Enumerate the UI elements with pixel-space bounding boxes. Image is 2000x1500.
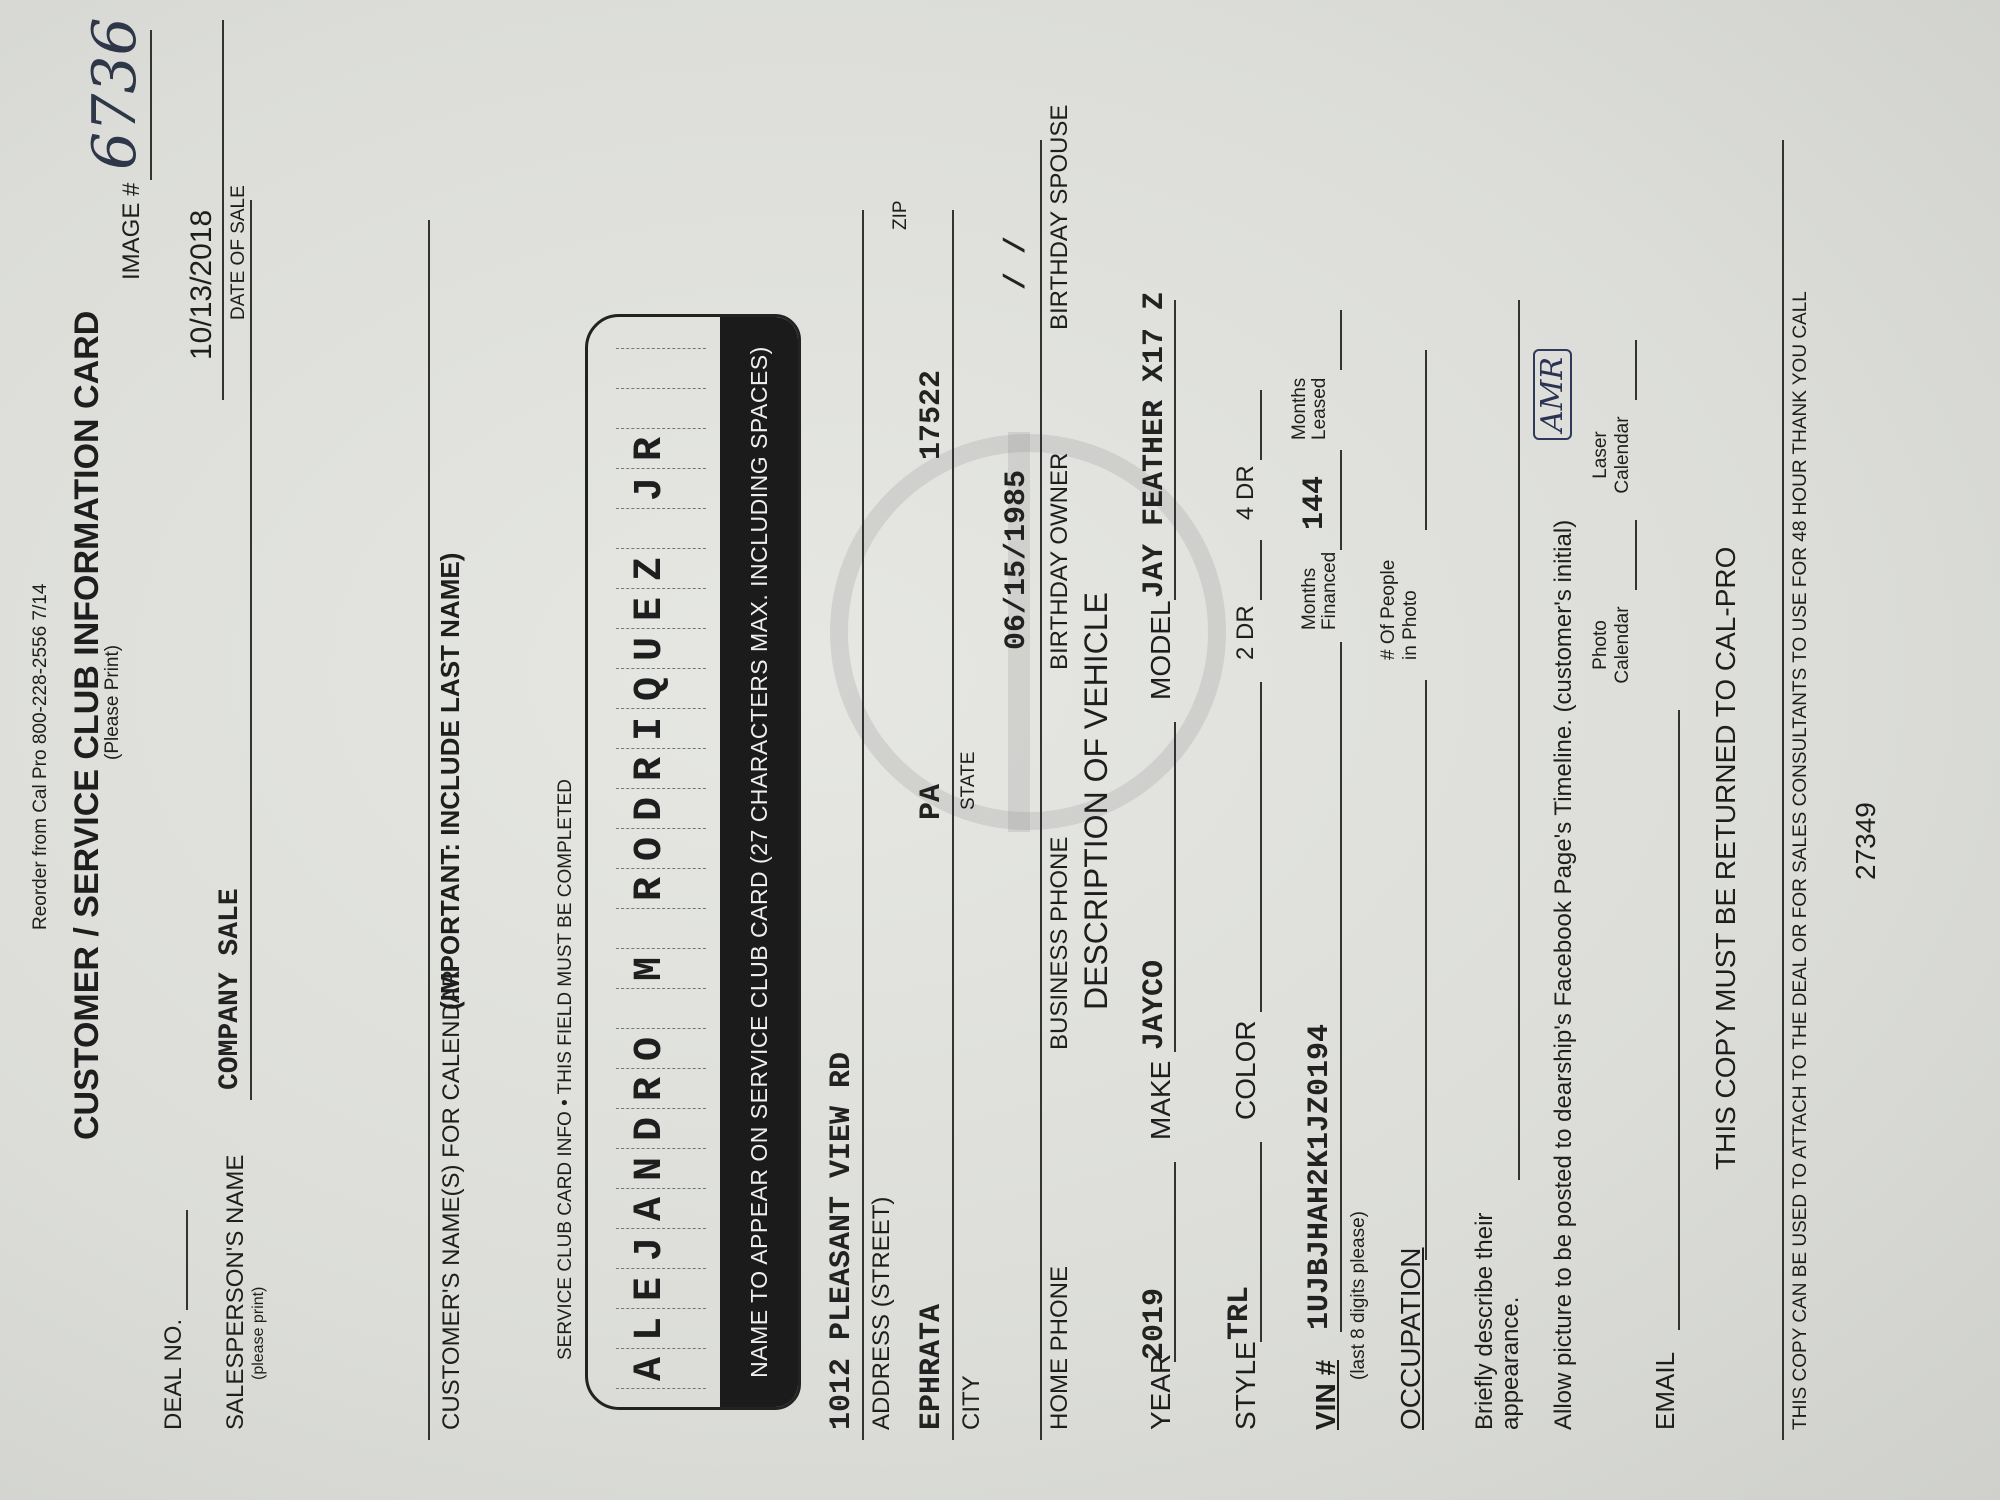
customer-names-label: CUSTOMER'S NAME(S) FOR CALENDAR bbox=[438, 970, 466, 1430]
year-field[interactable]: 2019 bbox=[1138, 1288, 1172, 1360]
color-label: COLOR bbox=[1230, 1020, 1262, 1120]
service-club-card-name-box: ALEJANDRO M RODRIQUEZ JR NAME TO APPEAR … bbox=[585, 314, 801, 1410]
laser-calendar-field[interactable] bbox=[1635, 340, 1637, 400]
zip-field[interactable]: 17522 bbox=[915, 370, 949, 460]
card-name-char[interactable]: E bbox=[606, 1269, 716, 1309]
year-label: YEAR bbox=[1145, 1354, 1177, 1430]
card-name-char[interactable]: R bbox=[606, 749, 716, 789]
home-phone-label: HOME PHONE bbox=[1046, 1266, 1074, 1430]
image-number-value[interactable]: 6736 bbox=[80, 17, 150, 170]
model-label: MODEL bbox=[1145, 600, 1177, 700]
state-field[interactable]: PA bbox=[915, 784, 949, 820]
email-field[interactable] bbox=[1678, 710, 1680, 1330]
card-name-char[interactable]: R bbox=[606, 869, 716, 909]
months-financed-label: Months Financed bbox=[1300, 550, 1340, 630]
card-name-char[interactable] bbox=[606, 389, 716, 429]
card-name-char[interactable]: R bbox=[606, 429, 716, 469]
customer-initials[interactable]: AMR bbox=[1533, 349, 1572, 440]
card-name-char[interactable]: L bbox=[606, 1309, 716, 1349]
vehicle-section-title: DESCRIPTION OF VEHICLE bbox=[1078, 592, 1115, 1010]
months-leased-label: Months Leased bbox=[1290, 370, 1330, 440]
birthday-spouse-label: BIRTHDAY SPOUSE bbox=[1046, 105, 1074, 330]
city-field[interactable]: EPHRATA bbox=[915, 1304, 949, 1430]
card-name-char[interactable]: J bbox=[606, 469, 716, 509]
occupation-label: OCCUPATION bbox=[1395, 1247, 1427, 1430]
style-field[interactable]: TRL bbox=[1223, 1286, 1257, 1340]
card-info-label: SERVICE CLUB CARD INFO • THIS FIELD MUST… bbox=[555, 779, 577, 1360]
card-name-char[interactable]: Z bbox=[606, 549, 716, 589]
appearance-label: Briefly describe their appearance. bbox=[1472, 1190, 1524, 1430]
return-notice: THIS COPY MUST BE RETURNED TO CAL-PRO bbox=[1710, 547, 1742, 1170]
photo-calendar-label: Photo Calendar bbox=[1590, 590, 1634, 700]
card-name-char[interactable]: J bbox=[606, 1229, 716, 1269]
card-name-char[interactable] bbox=[606, 349, 716, 389]
laser-calendar-label: Laser Calendar bbox=[1590, 400, 1634, 510]
card-name-char[interactable]: R bbox=[606, 1069, 716, 1109]
make-label: MAKE bbox=[1145, 1061, 1177, 1140]
card-name-char[interactable]: O bbox=[606, 829, 716, 869]
email-label: EMAIL bbox=[1650, 1352, 1681, 1430]
card-name-char[interactable]: U bbox=[606, 629, 716, 669]
birthday-owner-field[interactable]: 06/15/1985 bbox=[1000, 470, 1034, 650]
card-name-characters[interactable]: ALEJANDRO M RODRIQUEZ JR bbox=[606, 317, 716, 1407]
appearance-field[interactable] bbox=[1518, 300, 1520, 1180]
deal-no-label: DEAL NO. bbox=[160, 1319, 188, 1430]
card-name-char[interactable]: E bbox=[606, 589, 716, 629]
date-of-sale-label: DATE OF SALE bbox=[228, 185, 250, 320]
please-print-note: (Please Print) bbox=[102, 645, 124, 760]
vin-label: VIN # bbox=[1310, 1360, 1342, 1430]
card-name-char[interactable] bbox=[606, 989, 716, 1029]
salesperson-label: SALESPERSON'S NAME bbox=[222, 1155, 250, 1430]
service-club-card-form: Reorder from Cal Pro 800-228-2556 7/14 C… bbox=[10, 30, 1990, 1470]
make-field[interactable]: JAYCO bbox=[1138, 960, 1172, 1050]
reorder-text: Reorder from Cal Pro 800-228-2556 7/14 bbox=[30, 584, 52, 930]
card-name-char[interactable]: D bbox=[606, 789, 716, 829]
card-name-char[interactable] bbox=[606, 314, 716, 349]
card-name-char[interactable]: A bbox=[606, 1349, 716, 1389]
model-field[interactable]: JAY FEATHER X17 Z bbox=[1138, 292, 1172, 598]
occupation-field[interactable] bbox=[1425, 680, 1427, 1260]
card-name-char[interactable]: N bbox=[606, 1149, 716, 1189]
city-label: CITY bbox=[958, 1375, 986, 1430]
salesperson-field[interactable]: COMPANY SALE bbox=[215, 888, 246, 1090]
include-last-name-note: (IMPORTANT: INCLUDE LAST NAME) bbox=[435, 553, 466, 1010]
card-name-char[interactable]: M bbox=[606, 949, 716, 989]
image-number-label: IMAGE # bbox=[118, 183, 146, 280]
card-name-char[interactable]: I bbox=[606, 709, 716, 749]
months-financed-field[interactable]: 144 bbox=[1298, 476, 1332, 530]
card-name-char[interactable]: Q bbox=[606, 669, 716, 709]
facebook-permission-label: Allow picture to be posted to dearship's… bbox=[1550, 520, 1578, 1430]
street-label: ADDRESS (STREET) bbox=[868, 1197, 896, 1430]
two-door-field[interactable] bbox=[1260, 540, 1262, 600]
birthday-owner-label: BIRTHDAY OWNER bbox=[1046, 453, 1074, 670]
card-name-band: NAME TO APPEAR ON SERVICE CLUB CARD (27 … bbox=[720, 317, 798, 1407]
people-in-photo-field[interactable] bbox=[1425, 350, 1427, 530]
card-name-char[interactable]: D bbox=[606, 1109, 716, 1149]
four-door-field[interactable] bbox=[1260, 390, 1262, 460]
vin-field[interactable]: 1UJBJHAH2K1JZ0194 bbox=[1303, 1024, 1337, 1330]
photo-calendar-field[interactable] bbox=[1635, 520, 1637, 590]
zip-label: ZIP bbox=[890, 200, 912, 230]
date-of-sale-value[interactable]: 10/13/2018 bbox=[185, 210, 219, 360]
people-in-photo-label: # Of People in Photo bbox=[1378, 540, 1422, 660]
vin-sublabel: (last 8 digits please) bbox=[1348, 1211, 1370, 1380]
birthday-spouse-field[interactable]: / / bbox=[1000, 236, 1034, 290]
serial-number: 27349 bbox=[1850, 802, 1882, 880]
street-field[interactable]: 1012 PLEASANT VIEW RD bbox=[825, 1052, 859, 1430]
state-label: STATE bbox=[958, 752, 980, 810]
style-label: STYLE bbox=[1230, 1341, 1262, 1430]
two-door-label: 2 DR bbox=[1232, 605, 1260, 660]
salesperson-sublabel: (please print) bbox=[250, 1287, 268, 1380]
card-name-char[interactable]: O bbox=[606, 1029, 716, 1069]
footer-notice: THIS COPY CAN BE USED TO ATTACH TO THE D… bbox=[1790, 291, 1812, 1430]
business-phone-label: BUSINESS PHONE bbox=[1046, 837, 1074, 1050]
card-name-char[interactable] bbox=[606, 909, 716, 949]
card-name-char[interactable] bbox=[606, 509, 716, 549]
four-door-label: 4 DR bbox=[1232, 465, 1260, 520]
card-name-char[interactable]: A bbox=[606, 1189, 716, 1229]
